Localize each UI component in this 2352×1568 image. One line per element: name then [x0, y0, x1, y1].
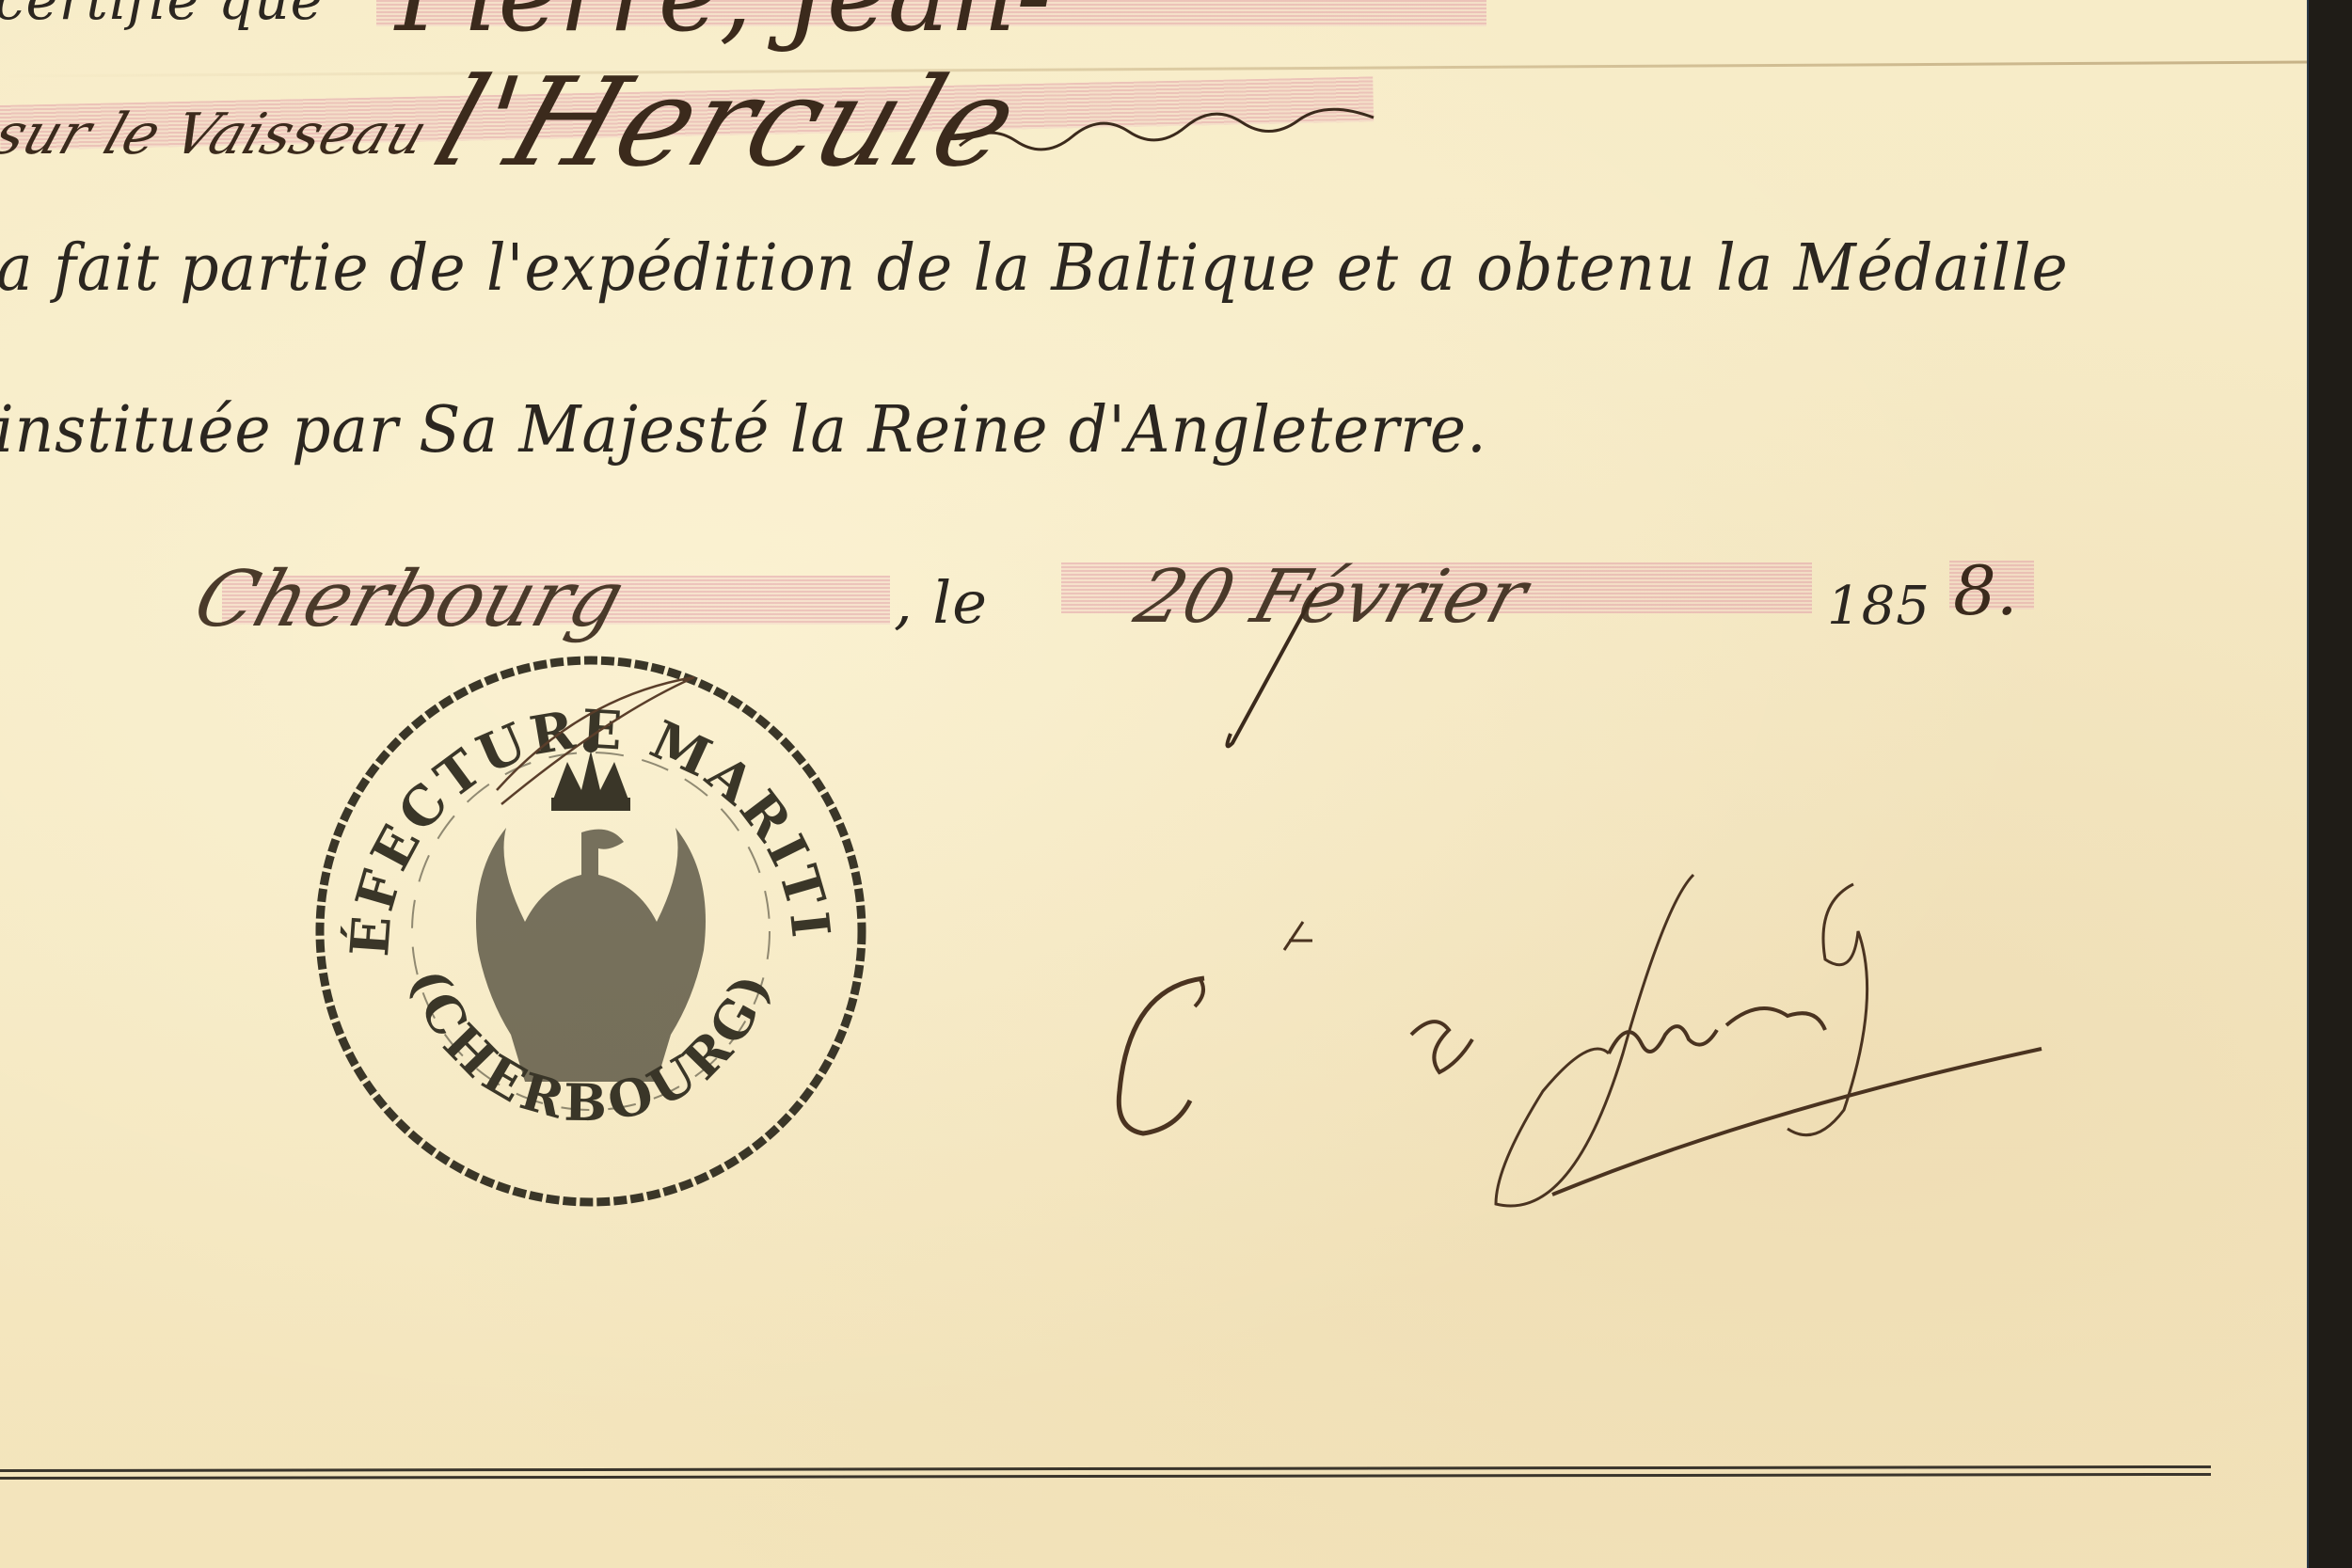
handwritten-sur-le-vaisseau: sur le Vaisseau	[0, 102, 436, 167]
printed-year-prefix: 185	[1827, 576, 1931, 637]
handwritten-year-suffix: 8.	[1953, 551, 2018, 630]
eagle-icon	[476, 828, 706, 1082]
bottom-rule-lower	[0, 1473, 2211, 1480]
signature: Cte de Gueydon	[1101, 828, 2060, 1223]
flourish-line	[950, 103, 1402, 160]
printed-line-expedition: a fait partie de l'expédition de la Balt…	[0, 231, 2069, 306]
handwritten-name: Pierre, Jean-	[395, 0, 1051, 55]
paper-fold-line	[0, 61, 2307, 78]
date-descender-stroke	[1204, 583, 1355, 752]
handwritten-place: Cherbourg	[184, 555, 633, 644]
picture-frame-edge	[2307, 0, 2352, 1568]
printed-line-reine: instituée par Sa Majesté la Reine d'Angl…	[0, 393, 1487, 467]
printed-le: , le	[894, 568, 988, 637]
handwritten-ship-name: l'Hercule	[419, 51, 1034, 194]
printed-certifie-que: certifie que	[0, 0, 324, 32]
bottom-rule-upper	[0, 1465, 2211, 1472]
certificate-page: certifie que Pierre, Jean- sur le Vaisse…	[0, 0, 2307, 1568]
prefecture-maritime-stamp: PRÉFECTURE MARITIME (CHERBOURG)	[299, 640, 882, 1223]
